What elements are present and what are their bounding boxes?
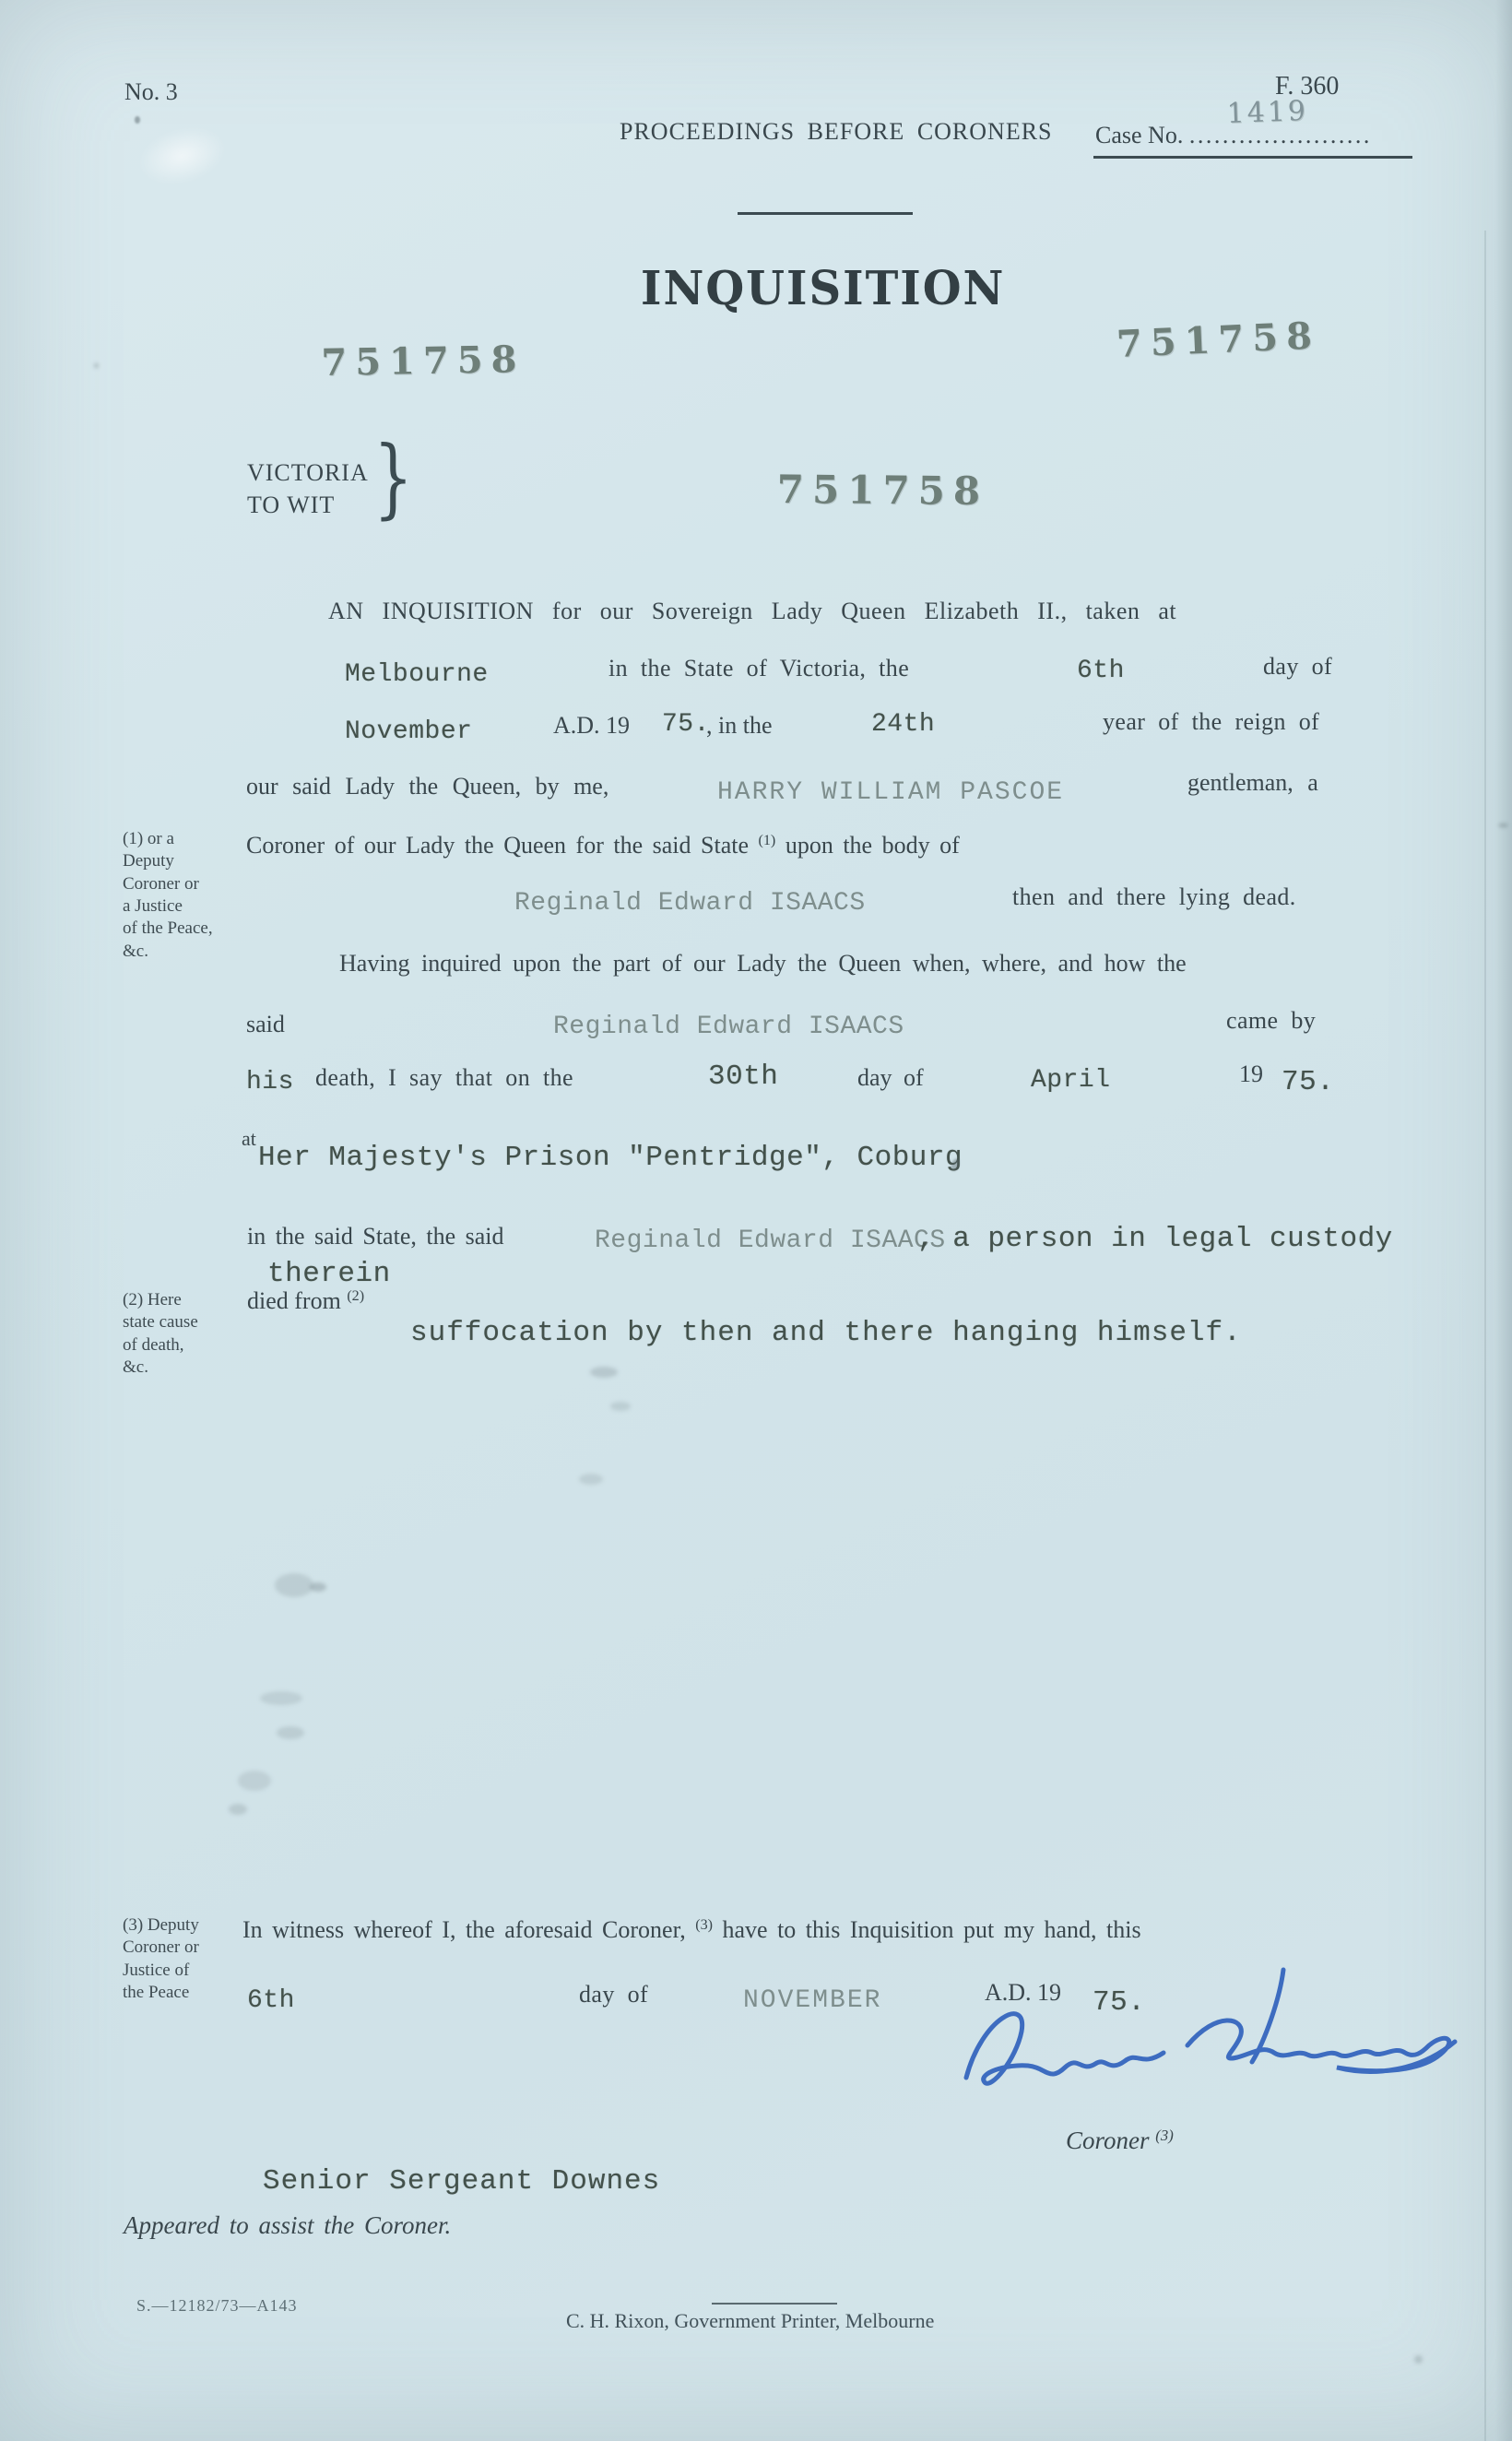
witness-opening-text: In witness whereof I, the aforesaid Coro… [242, 1916, 686, 1943]
scan-edge-line [1484, 231, 1486, 2441]
ink-speck-2 [94, 363, 99, 368]
at-text: at [242, 1127, 256, 1151]
signature-footnote-ref: (3) [1155, 2127, 1174, 2144]
year-19-text: 19 [1239, 1061, 1263, 1088]
scan-smudge-4 [275, 1573, 313, 1597]
scan-smudge-7 [277, 1726, 304, 1739]
death-statement-text: death, I say that on the [315, 1064, 573, 1092]
footnote-ref-2: (2) [347, 1288, 364, 1304]
scan-smudge-1 [590, 1367, 618, 1378]
witness-closing-text: have to this Inquisition put my hand, th… [723, 1916, 1141, 1943]
deceased-name-entry-1: Reginald Edward ISAACS [514, 889, 866, 918]
scan-smudge-5 [310, 1582, 326, 1592]
case-number-underline [1093, 156, 1412, 159]
margin-note-2: (2) Here state cause of death, &c. [123, 1289, 252, 1379]
assisting-officer-note: Appeared to assist the Coroner. [124, 2211, 451, 2240]
coroner-signature [940, 1953, 1466, 2138]
footnote-ref-3: (3) [695, 1917, 713, 1933]
coroner-name-entry: HARRY WILLIAM PASCOE [717, 778, 1064, 807]
inquest-day-entry: 6th [1077, 657, 1125, 685]
day-of-text-2: day of [857, 1064, 924, 1092]
printer-rule [712, 2303, 837, 2305]
by-me-text: our said Lady the Queen, by me, [246, 773, 608, 800]
inquest-place-entry: Melbourne [345, 660, 489, 689]
state-of-victoria-text: in the State of Victoria, the [608, 655, 909, 682]
paper-blemish [133, 119, 231, 194]
having-inquired-text: Having inquired upon the part of our Lad… [339, 950, 1187, 978]
document-title: INQUISITION [641, 262, 984, 316]
title-rule [738, 212, 913, 215]
margin-note-1: (1) or a Deputy Coroner or a Justice of … [123, 828, 252, 963]
inquisition-document: No. 3 PROCEEDINGS BEFORE CORONERS F. 360… [0, 0, 1512, 2441]
witness-day-entry: 6th [247, 1986, 295, 2015]
in-the-text: , in the [706, 712, 773, 740]
printer-imprint: C. H. Rixon, Government Printer, Melbour… [566, 2309, 934, 2333]
came-by-text: came by [1226, 1007, 1316, 1035]
scan-smudge-3 [579, 1474, 603, 1485]
coroner-for-state-line: Coroner of our Lady the Queen for the sa… [246, 832, 960, 859]
form-number: No. 3 [124, 78, 178, 106]
edge-mark [1498, 824, 1508, 827]
coroner-for-text: Coroner of our Lady the Queen for the sa… [246, 832, 749, 859]
case-number-label: Case No. [1095, 122, 1183, 148]
opening-clause: AN INQUISITION for our Sovereign Lady Qu… [328, 598, 1176, 625]
died-from-line: died from (2) [247, 1287, 364, 1315]
scan-smudge-2 [610, 1402, 631, 1411]
witness-day-of-text: day of [579, 1981, 648, 2008]
print-code: S.—12182/73—A143 [136, 2296, 298, 2316]
died-from-text: died from [247, 1287, 341, 1314]
pronoun-entry: his [246, 1068, 294, 1096]
therein-entry: therein [267, 1258, 391, 1290]
death-place-entry: Her Majesty's Prison "Pentridge", Coburg [258, 1142, 963, 1174]
scan-smudge-6 [260, 1691, 302, 1705]
case-number-dotted-line: ...................... [1189, 122, 1372, 148]
lying-dead-text: then and there lying dead. [1012, 883, 1296, 911]
upon-body-text: upon the body of [786, 832, 960, 859]
corner-speck [1414, 2355, 1423, 2364]
deceased-name-entry-3: Reginald Edward ISAACS [595, 1226, 946, 1255]
ad-19-text: A.D. 19 [553, 712, 630, 740]
inquest-month-entry: November [345, 717, 472, 746]
inquest-year-entry: 75. [662, 710, 710, 739]
gentleman-text: gentleman, a [1187, 769, 1318, 797]
death-month-entry: April [1031, 1066, 1111, 1095]
inquest-number-stamp-right: 751758 [1116, 314, 1321, 366]
witness-clause: In witness whereof I, the aforesaid Coro… [242, 1916, 1141, 1944]
jurisdiction-brace: } [373, 435, 413, 522]
scan-edge-shade [1495, 0, 1512, 2441]
assisting-officer-entry: Senior Sergeant Downes [263, 2165, 660, 2198]
witness-month-entry: NOVEMBER [743, 1986, 881, 2015]
scan-smudge-8 [238, 1771, 271, 1791]
custody-entry: , a person in legal custody [917, 1223, 1393, 1255]
in-said-state-text: in the said State, the said [247, 1223, 504, 1250]
jurisdiction-state: VICTORIA [247, 459, 369, 487]
coroner-signature-label: Coroner (3) [1066, 2127, 1174, 2155]
cause-of-death-entry: suffocation by then and there hanging hi… [410, 1317, 1242, 1349]
proceedings-heading: PROCEEDINGS BEFORE CORONERS [620, 118, 1053, 146]
said-text: said [246, 1011, 285, 1038]
footnote-ref-1: (1) [759, 833, 776, 848]
reign-text: year of the reign of [1103, 708, 1319, 736]
inquest-number-stamp-left: 751758 [321, 338, 526, 385]
jurisdiction-to-wit: TO WIT [247, 492, 335, 519]
reign-year-entry: 24th [871, 710, 935, 739]
case-number-field: Case No. ...................... [1095, 122, 1372, 149]
margin-note-3: (3) Deputy Coroner or Justice of the Pea… [123, 1914, 252, 2004]
death-year-entry: 75. [1282, 1066, 1334, 1098]
ink-speck-1 [135, 116, 140, 124]
coroner-role-text: Coroner [1066, 2127, 1150, 2154]
scan-smudge-9 [229, 1804, 247, 1815]
death-day-entry: 30th [708, 1061, 778, 1093]
deceased-name-entry-2: Reginald Edward ISAACS [553, 1013, 904, 1041]
day-of-text: day of [1263, 653, 1332, 681]
inquest-number-stamp-middle: 751758 [777, 467, 989, 514]
